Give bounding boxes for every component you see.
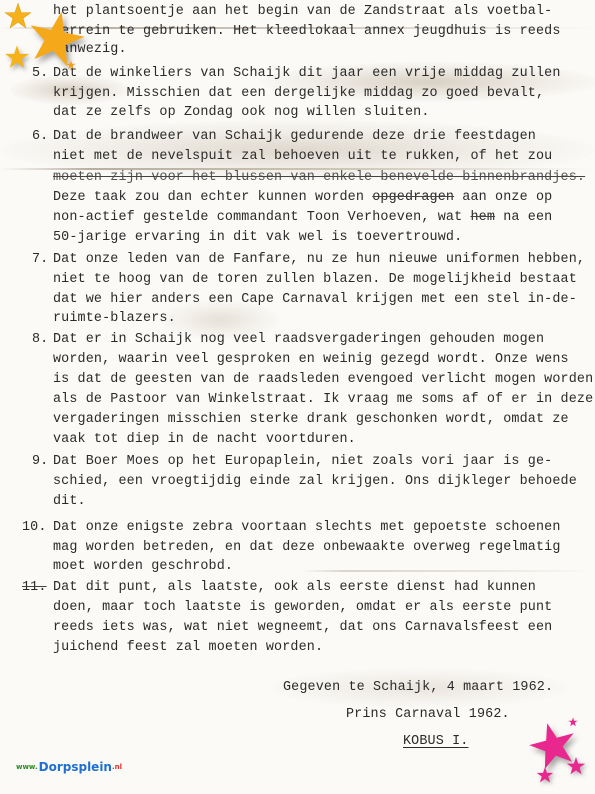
- item-number: 7.: [32, 250, 48, 270]
- text: na een: [495, 210, 552, 225]
- item-line: doen, maar toch laatste is geworden, omd…: [53, 598, 552, 618]
- item-line: dit.: [53, 492, 86, 512]
- struck-word: hem: [470, 210, 495, 225]
- intro-line: terrein te gebruiken. Het kleedlokaal an…: [53, 22, 561, 42]
- item-line: Dat Boer Moes op het Europaplein, niet z…: [53, 452, 552, 472]
- place-date: Gegeven te Schaijk, 4 maart 1962.: [283, 678, 553, 698]
- star-icon: [4, 44, 30, 70]
- typewritten-letter: het plantsoentje aan het begin van de Za…: [0, 0, 595, 794]
- item-line: Dat dit punt, als laatste, ook als eerst…: [53, 578, 536, 598]
- item-number: 10.: [22, 518, 47, 538]
- star-icon: [566, 756, 586, 776]
- item-line: Deze taak zou dan echter kunnen worden o…: [53, 188, 552, 208]
- item-line: krijgen. Misschien dat een dergelijke mi…: [53, 84, 544, 104]
- item-line: juichend feest zal moeten worden.: [53, 638, 323, 658]
- struck-line: moeten zijn voor het blussen van enkele …: [53, 168, 585, 188]
- site-logo[interactable]: www. Dorpsplein .nl: [16, 760, 122, 774]
- struck-word: opgedragen: [372, 190, 454, 205]
- item-line: reeds iets was, wat niet wegneemt, dat o…: [53, 618, 552, 638]
- item-line: Dat de winkeliers van Schaijk dit jaar e…: [53, 64, 561, 84]
- logo-name: Dorpsplein: [39, 760, 112, 774]
- item-line: als de Pastoor van Winkelstraat. Ik vraa…: [53, 390, 593, 410]
- item-line: mag worden betreden, en dat deze onbewaa…: [53, 538, 561, 558]
- item-line: Dat er in Schaijk nog veel raadsvergader…: [53, 330, 544, 350]
- item-line: 50-jarige ervaring in dit vak wel is toe…: [53, 228, 462, 248]
- star-icon: [26, 8, 86, 68]
- item-line: moet worden geschrobd.: [53, 557, 233, 577]
- item-line: Dat de brandweer van Schaijk gedurende d…: [53, 127, 536, 147]
- item-number: 9.: [32, 452, 48, 472]
- item-line: dat ze zelfs op Zondag ook nog willen sl…: [53, 103, 430, 123]
- item-number: 8.: [32, 330, 48, 350]
- item-line: vergaderingen misschien sterke drank ges…: [53, 410, 569, 430]
- item-line: Dat onze leden van de Fanfare, nu ze hun…: [53, 250, 585, 270]
- item-line: vaak tot diep in de nacht voortduren.: [53, 430, 356, 450]
- item-line: non-actief gestelde commandant Toon Verh…: [53, 208, 552, 228]
- item-line: niet met de nevelspuit zal behoeven uit …: [53, 147, 552, 167]
- item-line: schied, een vroegtijdig einde zal krijge…: [53, 472, 577, 492]
- item-line: niet te hoog van de toren zullen blazen.…: [53, 270, 577, 290]
- logo-prefix: www.: [16, 763, 38, 771]
- item-number: 6.: [32, 127, 48, 147]
- item-line: is dat de geesten van de raadsleden even…: [53, 370, 593, 390]
- text: aan onze op: [454, 190, 552, 205]
- logo-suffix: .nl: [112, 763, 122, 771]
- text: Deze taak zou dan echter kunnen worden: [53, 190, 372, 205]
- signature: KOBUS I.: [403, 732, 469, 752]
- intro-line: het plantsoentje aan het begin van de Za…: [53, 2, 552, 22]
- item-line: dat we hier anders een Cape Carnaval kri…: [53, 290, 577, 310]
- closing-title: Prins Carnaval 1962.: [346, 705, 510, 725]
- star-icon: [568, 717, 578, 727]
- item-number: 11.: [22, 578, 47, 598]
- text: non-actief gestelde commandant Toon Verh…: [53, 210, 470, 225]
- star-icon: [66, 60, 76, 70]
- item-line: worden, waarin veel gesproken en weinig …: [53, 350, 569, 370]
- item-line: Dat onze enigste zebra voortaan slechts …: [53, 518, 561, 538]
- item-line: ruimte-blazers.: [53, 309, 176, 329]
- star-icon: [536, 766, 554, 784]
